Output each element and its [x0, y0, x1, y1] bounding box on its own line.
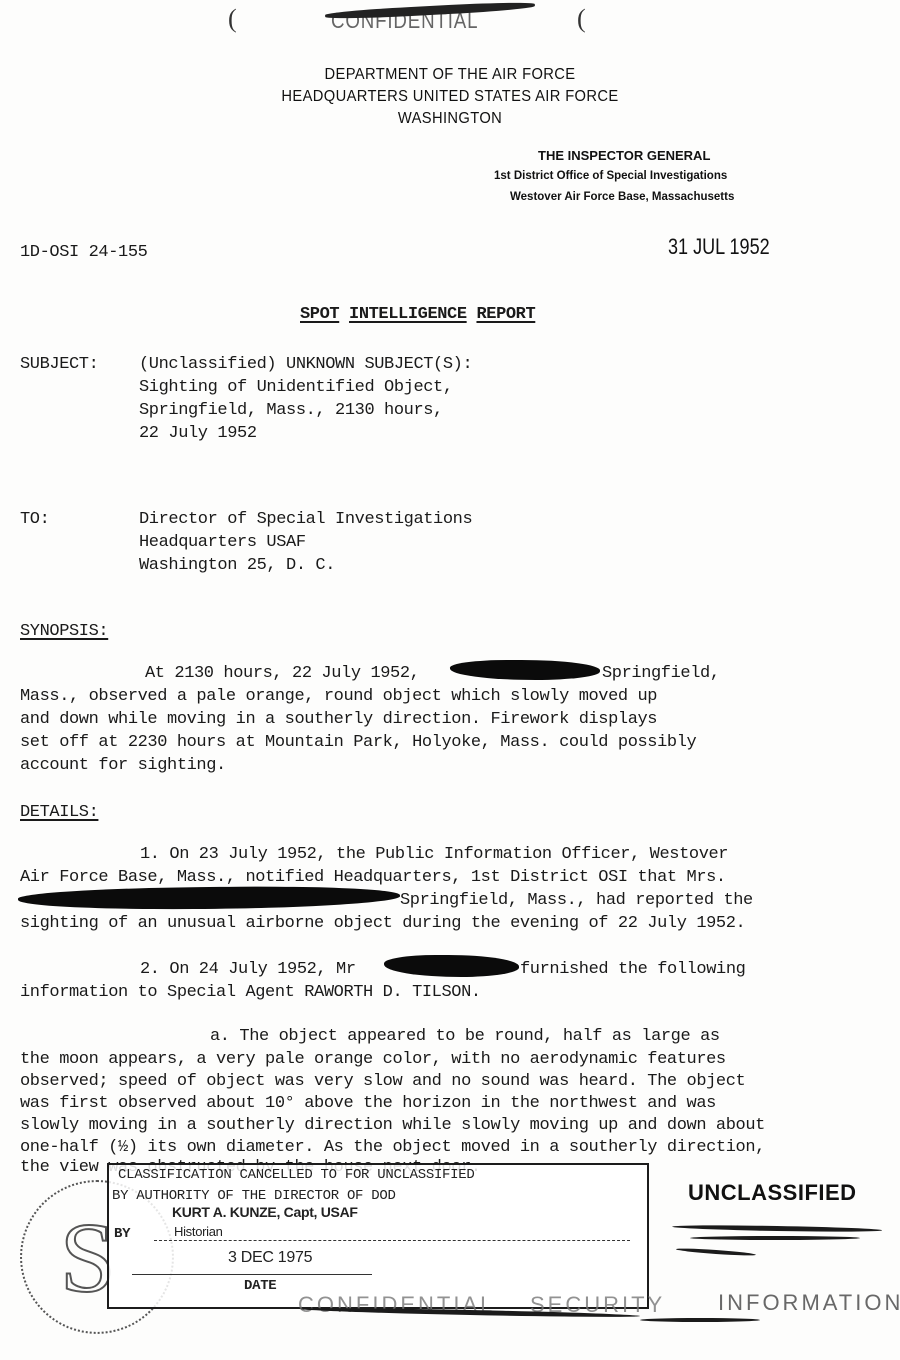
title-word-3: REPORT: [476, 305, 535, 324]
synopsis-line-1a: At 2130 hours, 22 July 1952,: [145, 664, 419, 683]
synopsis-line-2: Mass., observed a pale orange, round obj…: [20, 687, 657, 706]
stamp-bracket-right: (: [577, 4, 586, 34]
synopsis-heading: SYNOPSIS:: [20, 622, 108, 641]
to-line-3: Washington 25, D. C.: [139, 556, 335, 575]
subject-line-3: Springfield, Mass., 2130 hours,: [139, 401, 443, 420]
scratch-mark: [676, 1247, 756, 1257]
details-a-line-3: observed; speed of object was very slow …: [20, 1072, 745, 1091]
date-line: [132, 1274, 372, 1275]
stamp-bracket-left: (: [228, 4, 237, 34]
scratch-mark: [672, 1224, 882, 1233]
declass-date-label: DATE: [244, 1278, 276, 1294]
details-a-line-2: the moon appears, a very pale orange col…: [20, 1050, 726, 1069]
report-title: SPOT INTELLIGENCE REPORT: [300, 305, 535, 324]
to-line-2: Headquarters USAF: [139, 533, 306, 552]
declass-title: Historian: [174, 1224, 223, 1239]
subject-line-4: 22 July 1952: [139, 424, 257, 443]
details-heading: DETAILS:: [20, 803, 98, 822]
file-number: 1D-OSI 24-155: [20, 243, 147, 262]
letterhead-line-2: HEADQUARTERS UNITED STATES AIR FORCE: [36, 88, 864, 106]
report-date: 31 JUL 1952: [668, 234, 770, 260]
office-line-3: Westover Air Force Base, Massachusetts: [510, 191, 734, 203]
to-label: TO:: [20, 510, 49, 529]
details-p2-line-1a: 2. On 24 July 1952, Mr: [140, 960, 356, 979]
letterhead-line-1: DEPARTMENT OF THE AIR FORCE: [36, 66, 864, 84]
scratch-mark: [640, 1318, 760, 1322]
details-a-line-6: one-half (½) its own diameter. As the ob…: [20, 1138, 765, 1157]
subject-line-1: (Unclassified) UNKNOWN SUBJECT(S):: [139, 355, 472, 374]
office-line-2: 1st District Office of Special Investiga…: [494, 170, 727, 182]
scratch-mark: [690, 1236, 860, 1240]
details-heading-text: DETAILS:: [20, 803, 98, 822]
details-p2-line-1b: furnished the following: [520, 960, 745, 979]
redaction-mark: [450, 660, 600, 680]
synopsis-line-4: set off at 2230 hours at Mountain Park, …: [20, 733, 696, 752]
synopsis-heading-text: SYNOPSIS:: [20, 622, 108, 641]
details-p1-line-4: sighting of an unusual airborne object d…: [20, 914, 745, 933]
details-p1-line-3: Springfield, Mass., had reported the: [400, 891, 753, 910]
synopsis-line-5: account for sighting.: [20, 756, 226, 775]
letterhead-line-3: WASHINGTON: [36, 110, 864, 128]
signature-line: [154, 1240, 630, 1241]
redaction-mark: [384, 955, 519, 977]
title-word-2: INTELLIGENCE: [349, 305, 467, 324]
declass-signer: KURT A. KUNZE, Capt, USAF: [172, 1204, 358, 1220]
details-a-line-5: slowly moving in a southerly direction w…: [20, 1116, 765, 1135]
subject-label: SUBJECT:: [20, 355, 98, 374]
declass-line-1: CLASSIFICATION CANCELLED TO FOR UNCLASSI…: [118, 1167, 474, 1183]
details-a-line-4: was first observed about 10° above the h…: [20, 1094, 716, 1113]
details-a-line-1: a. The object appeared to be round, half…: [210, 1027, 720, 1046]
details-p1-line-1: 1. On 23 July 1952, the Public Informati…: [140, 845, 728, 864]
details-p1-line-2: Air Force Base, Mass., notified Headquar…: [20, 868, 726, 887]
to-line-1: Director of Special Investigations: [139, 510, 472, 529]
declass-by-label: BY: [114, 1226, 130, 1242]
redaction-mark: [18, 884, 400, 913]
title-word-1: SPOT: [300, 305, 339, 324]
bottom-stamp-right: INFORMATION: [718, 1290, 900, 1316]
synopsis-line-3: and down while moving in a southerly dir…: [20, 710, 657, 729]
unclassified-stamp: UNCLASSIFIED: [688, 1180, 857, 1206]
document-page: ( ( CONFIDENTIAL DEPARTMENT OF THE AIR F…: [0, 0, 900, 1360]
synopsis-line-1b: Springfield,: [602, 664, 720, 683]
office-line-1: THE INSPECTOR GENERAL: [538, 148, 710, 163]
declass-date: 3 DEC 1975: [228, 1249, 312, 1267]
declass-line-2: BY AUTHORITY OF THE DIRECTOR OF DOD: [112, 1188, 396, 1204]
subject-line-2: Sighting of Unidentified Object,: [139, 378, 453, 397]
details-p2-line-2: information to Special Agent RAWORTH D. …: [20, 983, 481, 1002]
